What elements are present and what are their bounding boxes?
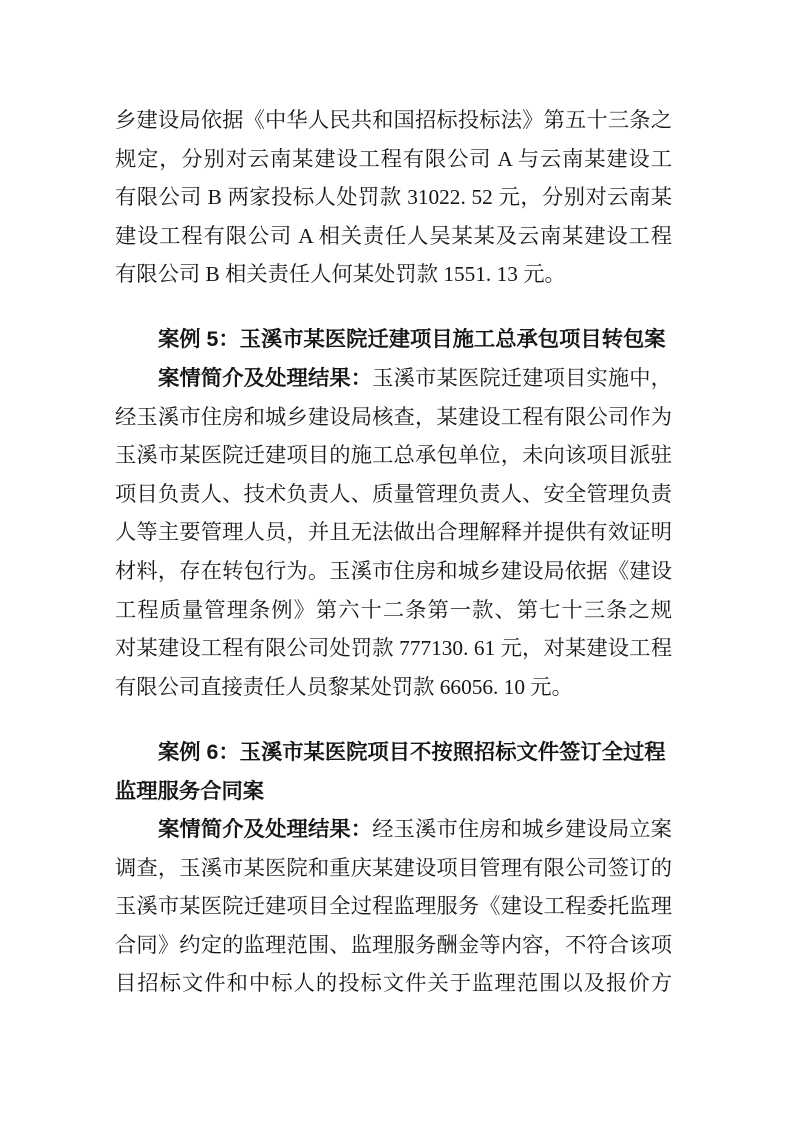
body-line: 人等主要管理人员，并且无法做出合理解释并提供有效证明: [115, 513, 672, 552]
body-line: 规定，分别对云南某建设工程有限公司 A 与云南某建设工程: [115, 140, 672, 179]
case-intro-text: 玉溪市某医院迁建项目实施中，: [372, 366, 672, 390]
body-line: 调查，玉溪市某医院和重庆某建设项目管理有限公司签订的: [115, 849, 672, 888]
body-line: 有限公司 B 两家投标人处罚款 31022. 52 元，分别对云南某: [115, 178, 672, 217]
case-heading-line: 案例 5：玉溪市某医院迁建项目施工总承包项目转包案: [115, 320, 672, 359]
body-line: 合同》约定的监理范围、监理服务酬金等内容，不符合该项: [115, 926, 672, 965]
body-line: 玉溪市某医院迁建项目全过程监理服务《建设工程委托监理: [115, 887, 672, 926]
case-intro-label: 案情简介及处理结果：: [158, 366, 372, 390]
case-heading-line: 案例 6：玉溪市某医院项目不按照招标文件签订全过程: [115, 733, 672, 772]
case-intro-line: 案情简介及处理结果：经玉溪市住房和城乡建设局立案: [115, 810, 672, 849]
document-content: 乡建设局依据《中华人民共和国招标投标法》第五十三条之规定，分别对云南某建设工程有…: [115, 101, 672, 1003]
case-6-section: 案例 6：玉溪市某医院项目不按照招标文件签订全过程监理服务合同案案情简介及处理结…: [115, 733, 672, 1003]
case-heading-line: 监理服务合同案: [115, 772, 672, 811]
case-5-section: 案例 5：玉溪市某医院迁建项目施工总承包项目转包案案情简介及处理结果：玉溪市某医…: [115, 320, 672, 706]
body-line: 有限公司 B 相关责任人何某处罚款 1551. 13 元。: [115, 255, 672, 294]
body-line: 建设工程有限公司 A 相关责任人吴某某及云南某建设工程: [115, 217, 672, 256]
body-line: 乡建设局依据《中华人民共和国招标投标法》第五十三条之: [115, 101, 672, 140]
case-intro-label: 案情简介及处理结果：: [158, 817, 372, 841]
continuation-paragraph: 乡建设局依据《中华人民共和国招标投标法》第五十三条之规定，分别对云南某建设工程有…: [115, 101, 672, 294]
body-line: 玉溪市某医院迁建项目的施工总承包单位，未向该项目派驻: [115, 436, 672, 475]
body-line: 工程质量管理条例》第六十二条第一款、第七十三条之规定，: [115, 591, 672, 630]
body-line: 材料，存在转包行为。玉溪市住房和城乡建设局依据《建设: [115, 552, 672, 591]
body-line: 经玉溪市住房和城乡建设局核查，某建设工程有限公司作为: [115, 398, 672, 437]
body-line: 有限公司直接责任人员黎某处罚款 66056. 10 元。: [115, 668, 672, 707]
body-line: 项目负责人、技术负责人、质量管理负责人、安全管理负责: [115, 475, 672, 514]
case-intro-text: 经玉溪市住房和城乡建设局立案: [372, 817, 672, 841]
case-intro-line: 案情简介及处理结果：玉溪市某医院迁建项目实施中，: [115, 359, 672, 398]
body-line: 对某建设工程有限公司处罚款 777130. 61 元，对某建设工程: [115, 629, 672, 668]
body-line: 目招标文件和中标人的投标文件关于监理范围以及报价方: [115, 964, 672, 1003]
document-page: 乡建设局依据《中华人民共和国招标投标法》第五十三条之规定，分别对云南某建设工程有…: [0, 0, 793, 1122]
